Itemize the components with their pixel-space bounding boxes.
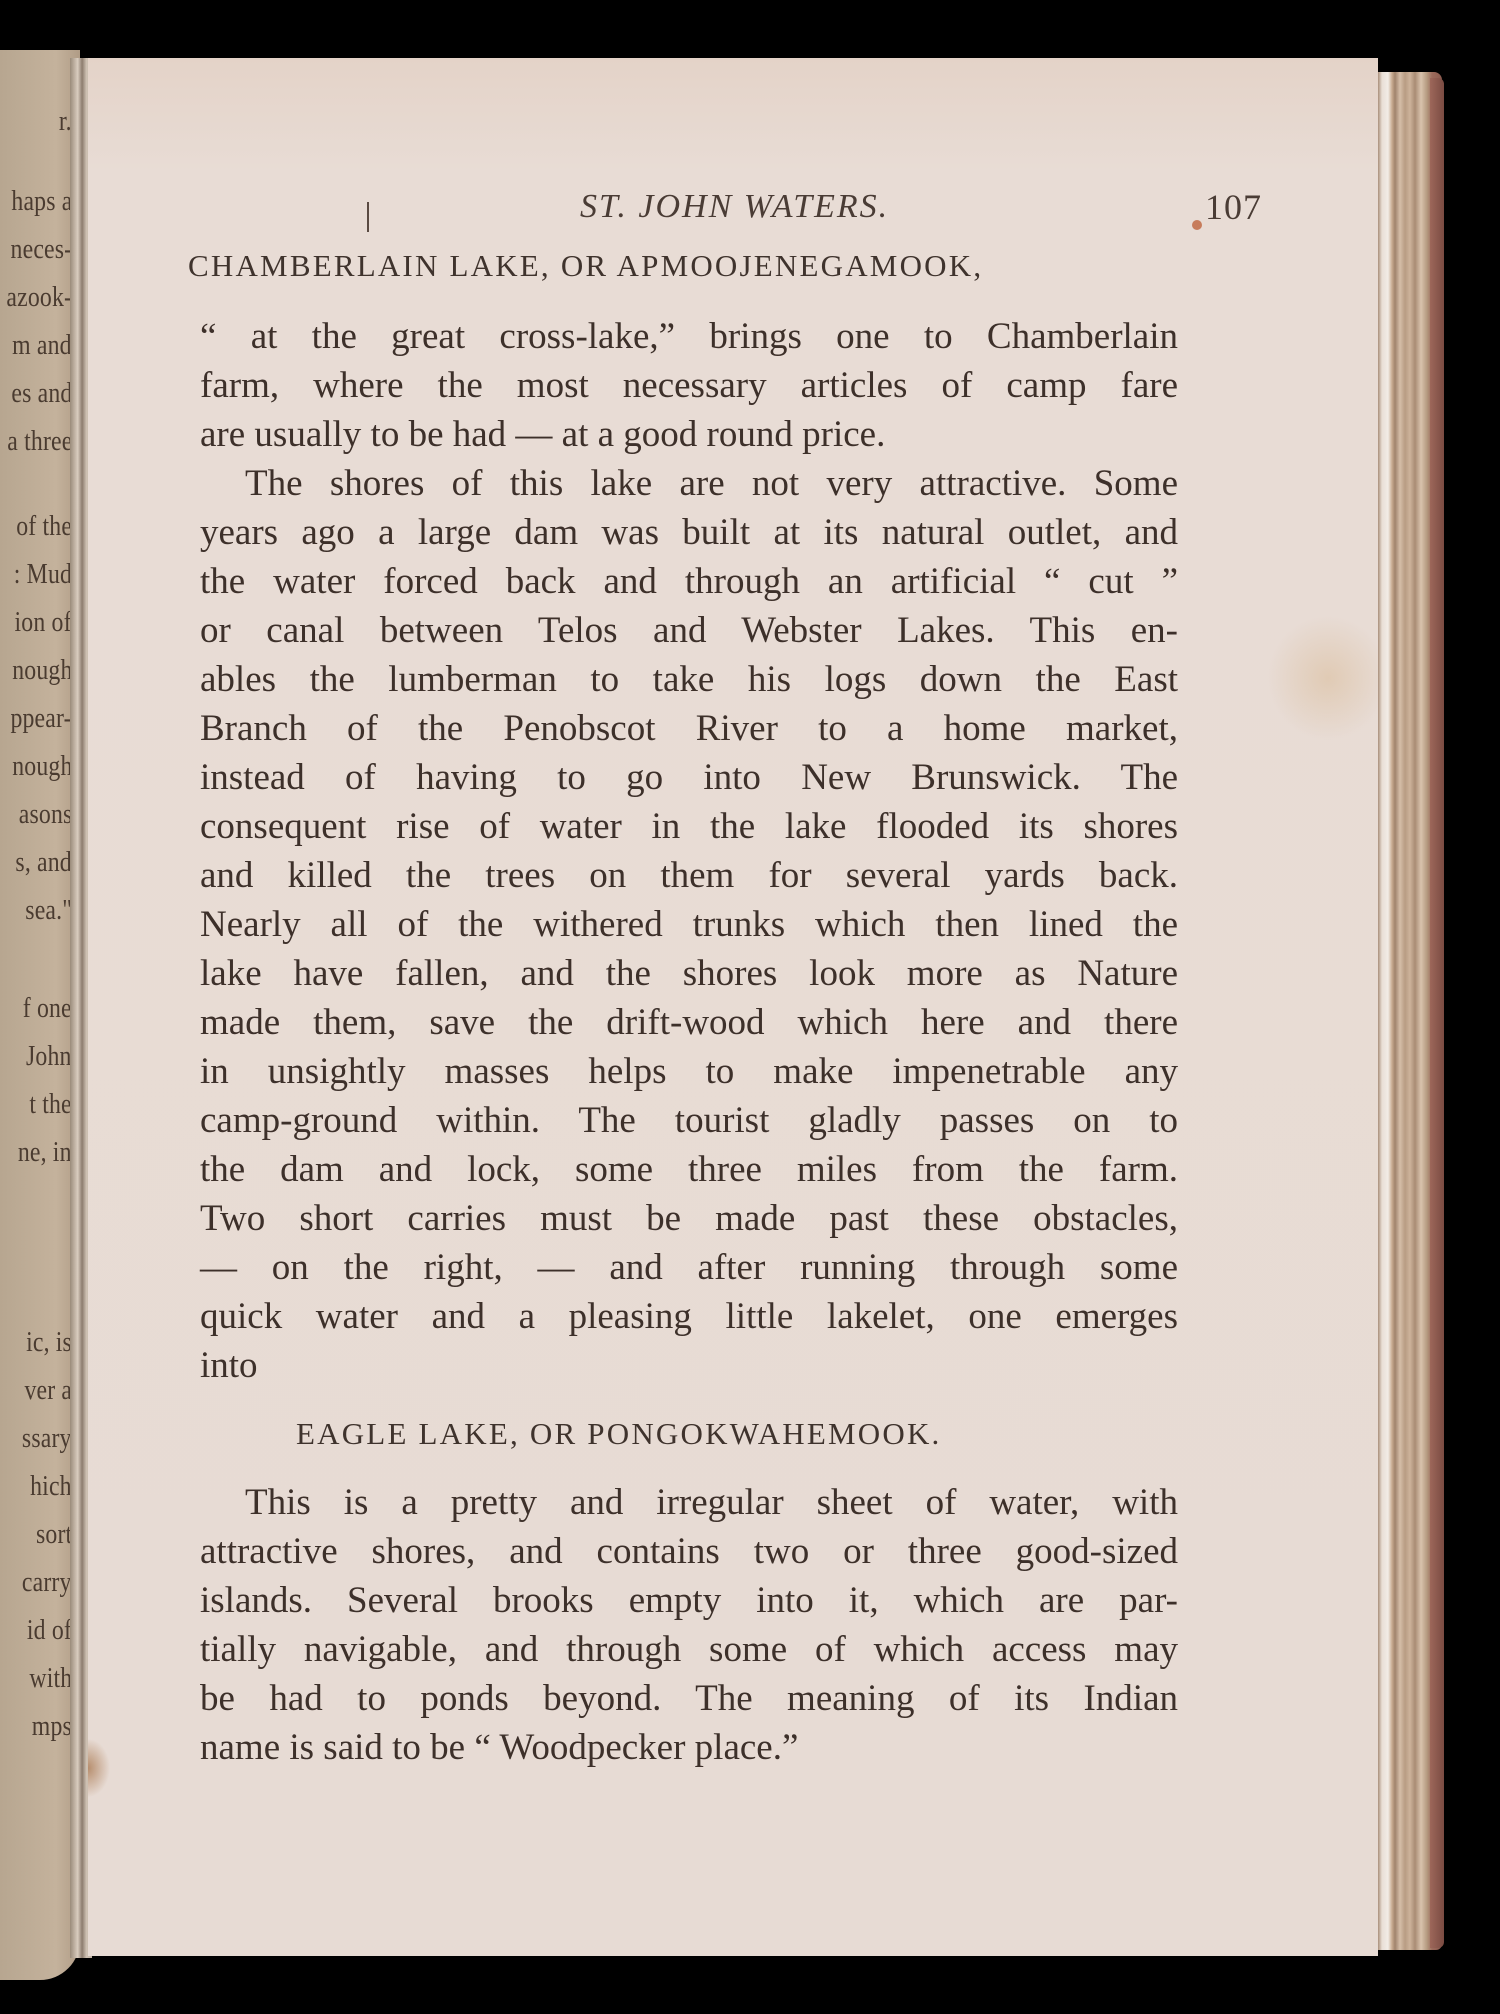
text-line: instead of having to go into New Brunswi… (200, 754, 1178, 802)
text-line: quick water and a pleasing little lakele… (200, 1293, 1178, 1341)
facing-page-fragment: azook- (6, 281, 72, 314)
text-line: The shores of this lake are not very att… (200, 460, 1178, 508)
running-head: ST. JOHN WATERS. 107 (88, 184, 1378, 234)
text-line: “ at the great cross-lake,” brings one t… (200, 313, 1178, 361)
text-line: consequent rise of water in the lake flo… (200, 803, 1178, 851)
text-line: into (200, 1342, 1178, 1390)
book-cover-edge (1430, 78, 1444, 1948)
book-page: ST. JOHN WATERS. 107 CHAMBERLAIN LAKE, O… (88, 58, 1378, 1956)
facing-page-fragment: id of (27, 1614, 72, 1647)
text-line: ables the lumberman to take his logs dow… (200, 656, 1178, 704)
facing-page-fragment: t the (30, 1088, 72, 1121)
facing-page-fragment: sort (36, 1518, 72, 1551)
text-line: — on the right, — and after running thro… (200, 1244, 1178, 1292)
facing-page-fragment: m and (12, 329, 72, 362)
section-heading: EAGLE LAKE, OR PONGOKWAHEMOOK. (296, 1416, 941, 1452)
text-line: Two short carries must be made past thes… (200, 1195, 1178, 1243)
facing-page-fragment: ion of (15, 606, 72, 639)
facing-page-fragment: asons (18, 798, 72, 831)
text-line: lake have fallen, and the shores look mo… (200, 950, 1178, 998)
section-heading: CHAMBERLAIN LAKE, OR APMOOJENEGAMOOK, (188, 248, 983, 284)
facing-page-left: r. haps a neces- azook- m and es and a t… (0, 50, 80, 1980)
facing-page-fragment: ver a (24, 1374, 72, 1407)
text-line: attractive shores, and contains two or t… (200, 1528, 1178, 1576)
running-head-title: ST. JOHN WATERS. (580, 188, 889, 226)
text-line: Branch of the Penobscot River to a home … (200, 705, 1178, 753)
facing-page-fragment: sea." (25, 894, 72, 927)
facing-page-fragment: nough (12, 750, 72, 783)
text-line: made them, save the drift-wood which her… (200, 999, 1178, 1047)
text-line: Nearly all of the withered trunks which … (200, 901, 1178, 949)
facing-page-fragment: ne, in (18, 1136, 72, 1169)
text-line: and killed the trees on them for several… (200, 852, 1178, 900)
facing-page-fragment: carry (22, 1566, 72, 1599)
text-line: the dam and lock, some three miles from … (200, 1146, 1178, 1194)
text-line: years ago a large dam was built at its n… (200, 509, 1178, 557)
text-line: camp-ground within. The tourist gladly p… (200, 1097, 1178, 1145)
facing-page-fragment: haps a (11, 185, 72, 218)
facing-page-fragment: nough (12, 654, 72, 687)
facing-page-fragment: f one (23, 992, 72, 1025)
text-line: or canal between Telos and Webster Lakes… (200, 607, 1178, 655)
text-line: in unsightly masses helps to make impene… (200, 1048, 1178, 1096)
text-line: tially navigable, and through some of wh… (200, 1626, 1178, 1674)
text-line: name is said to be “ Woodpecker place.” (200, 1724, 1178, 1772)
page-number: 107 (1205, 186, 1262, 228)
facing-page-fragment: ppear- (11, 702, 72, 735)
text-line: the water forced back and through an art… (200, 558, 1178, 606)
margin-mark (367, 202, 369, 232)
facing-page-fragment: es and (11, 377, 72, 410)
text-line: be had to ponds beyond. The meaning of i… (200, 1675, 1178, 1723)
facing-page-fragment: a three (7, 425, 72, 458)
facing-page-fragment: : Mud (14, 558, 72, 591)
facing-page-fragment: ic, is (26, 1326, 72, 1359)
facing-page-fragment: mps (32, 1710, 72, 1743)
facing-page-fragment: John (26, 1040, 72, 1073)
facing-page-fragment: ssary (22, 1422, 72, 1455)
text-line: This is a pretty and irregular sheet of … (200, 1479, 1178, 1527)
text-line: islands. Several brooks empty into it, w… (200, 1577, 1178, 1625)
facing-page-fragment: neces- (10, 233, 72, 266)
facing-page-fragment: with (29, 1662, 72, 1695)
text-line: farm, where the most necessary articles … (200, 362, 1178, 410)
facing-page-fragment: hich (30, 1470, 72, 1503)
text-line: are usually to be had — at a good round … (200, 411, 1178, 459)
facing-page-fragment: s, and (16, 846, 72, 879)
facing-page-fragment: of the (16, 510, 72, 543)
foxing-spot (1192, 220, 1202, 230)
